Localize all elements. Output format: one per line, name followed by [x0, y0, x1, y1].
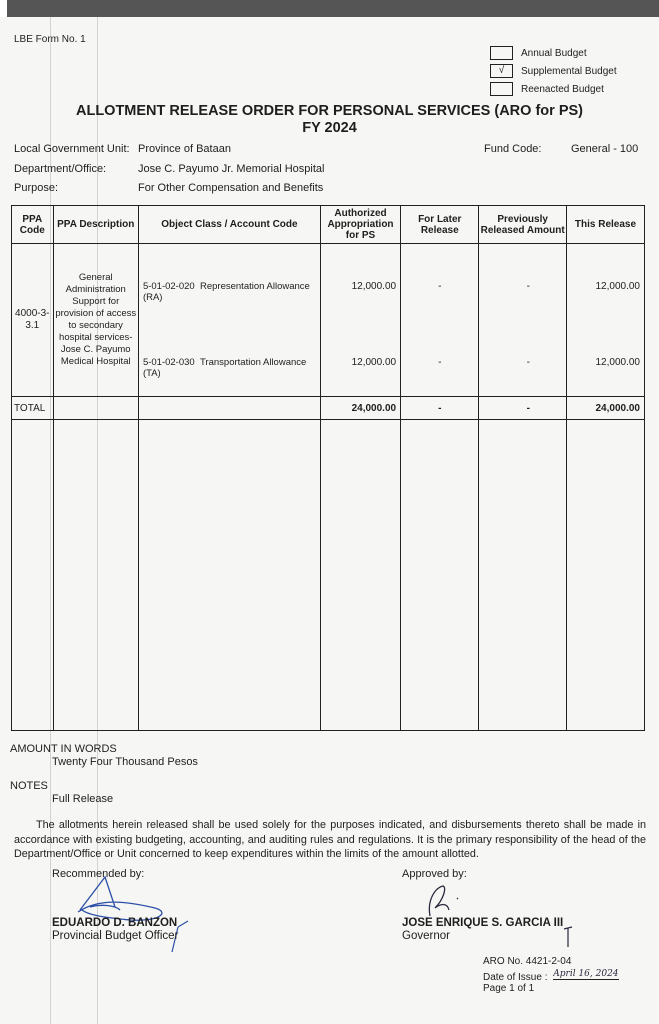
this-release-amount: 12,000.00	[567, 357, 644, 368]
table-header: PPA Code PPA Description Object Class / …	[12, 206, 645, 244]
document-title: ALLOTMENT RELEASE ORDER FOR PERSONAL SER…	[0, 103, 659, 137]
total-label: TOTAL	[12, 397, 54, 420]
header-previously-released: Previously Released Amount	[479, 206, 567, 244]
account-code: 5-01-02-030	[143, 357, 195, 368]
title-text: ALLOTMENT RELEASE ORDER FOR PERSONAL SER…	[0, 103, 659, 120]
budget-option-supplemental[interactable]: √ Supplemental Budget	[490, 62, 617, 80]
date-of-issue-value: April 16, 2024	[553, 969, 619, 980]
header-ppa-description: PPA Description	[53, 206, 138, 244]
signature-banzon-icon	[60, 872, 200, 957]
empty-cell	[320, 420, 400, 731]
initials-mark-icon	[560, 925, 580, 950]
later-amount: -	[401, 357, 478, 368]
header-object-class: Object Class / Account Code	[138, 206, 320, 244]
fund-code-value: General - 100	[571, 143, 638, 155]
empty-cell	[479, 420, 567, 731]
ppa-code-cell: 4000-3-3.1	[12, 244, 54, 397]
approved-by-label: Approved by:	[402, 868, 467, 880]
department-value: Jose C. Payumo Jr. Memorial Hospital	[138, 163, 324, 175]
budget-option-annual[interactable]: Annual Budget	[490, 44, 617, 62]
recommended-name: EDUARDO D. BANZON	[52, 917, 177, 929]
date-of-issue-label: Date of Issue :	[483, 972, 547, 983]
form-number: LBE Form No. 1	[14, 34, 86, 45]
authorized-amount: 12,000.00	[321, 357, 400, 368]
responsibility-paragraph: The allotments herein released shall be …	[14, 818, 646, 862]
previous-cell: - -	[479, 244, 567, 397]
empty-cell	[401, 420, 479, 731]
header-this-release: This Release	[566, 206, 644, 244]
approved-name: JOSE ENRIQUE S. GARCIA III	[402, 917, 563, 929]
empty-cell	[138, 397, 320, 420]
object-class-cell: 5-01-02-020 Representation Allowance (RA…	[138, 244, 320, 397]
budget-option-label: Reenacted Budget	[521, 84, 604, 95]
checkbox[interactable]	[490, 46, 513, 60]
total-later: -	[401, 397, 479, 420]
department-label: Department/Office:	[14, 163, 106, 175]
total-row: TOTAL 24,000.00 - - 24,000.00	[12, 397, 645, 420]
this-release-cell: 12,000.00 12,000.00	[566, 244, 644, 397]
header-ppa-code: PPA Code	[12, 206, 54, 244]
budget-option-reenacted[interactable]: Reenacted Budget	[490, 80, 617, 98]
previous-amount: -	[479, 281, 566, 292]
later-amount: -	[401, 281, 478, 292]
lgu-label: Local Government Unit:	[14, 143, 130, 155]
purpose-value: For Other Compensation and Benefits	[138, 182, 323, 194]
budget-option-label: Supplemental Budget	[521, 66, 617, 77]
checkbox[interactable]	[490, 82, 513, 96]
account-line-ta: 5-01-02-030 Transportation Allowance (TA…	[143, 357, 320, 379]
later-release-cell: - -	[401, 244, 479, 397]
approved-title: Governor	[402, 930, 450, 942]
account-line-ra: 5-01-02-020 Representation Allowance (RA…	[143, 281, 320, 303]
amount-in-words-heading: AMOUNT IN WORDS	[10, 743, 117, 755]
amount-in-words-value: Twenty Four Thousand Pesos	[52, 756, 198, 768]
blank-rows	[12, 420, 645, 731]
lgu-value: Province of Bataan	[138, 143, 231, 155]
notes-value: Full Release	[52, 793, 113, 805]
fiscal-year: FY 2024	[0, 120, 659, 137]
total-this-release: 24,000.00	[566, 397, 644, 420]
empty-cell	[138, 420, 320, 731]
account-code: 5-01-02-020	[143, 281, 195, 292]
authorized-cell: 12,000.00 12,000.00	[320, 244, 400, 397]
checkbox-checked[interactable]: √	[490, 64, 513, 78]
empty-cell	[566, 420, 644, 731]
empty-cell	[12, 420, 54, 731]
notes-heading: NOTES	[10, 780, 48, 792]
header-authorized: Authorized Appropriation for PS	[320, 206, 400, 244]
header-later-release: For Later Release	[401, 206, 479, 244]
signature-garcia-icon	[415, 880, 475, 920]
recommended-title: Provincial Budget Officer	[52, 930, 178, 942]
authorized-amount: 12,000.00	[321, 281, 400, 292]
previous-amount: -	[479, 357, 566, 368]
table-row: 4000-3-3.1 General Administration Suppor…	[12, 244, 645, 397]
empty-cell	[53, 397, 138, 420]
purpose-label: Purpose:	[14, 182, 58, 194]
total-previous: -	[479, 397, 567, 420]
budget-type-options: Annual Budget √ Supplemental Budget Reen…	[490, 44, 617, 98]
allotment-table: PPA Code PPA Description Object Class / …	[11, 205, 645, 731]
page-number: Page 1 of 1	[483, 983, 534, 994]
date-of-issue-row: Date of Issue : April 16, 2024	[483, 969, 619, 983]
aro-number: ARO No. 4421-2-04	[483, 956, 571, 967]
this-release-amount: 12,000.00	[567, 281, 644, 292]
scan-top-edge	[0, 0, 659, 17]
ppa-description-cell: General Administration Support for provi…	[53, 244, 138, 397]
budget-option-label: Annual Budget	[521, 48, 587, 59]
fund-code-label: Fund Code:	[484, 143, 541, 155]
total-authorized: 24,000.00	[320, 397, 400, 420]
empty-cell	[53, 420, 138, 731]
